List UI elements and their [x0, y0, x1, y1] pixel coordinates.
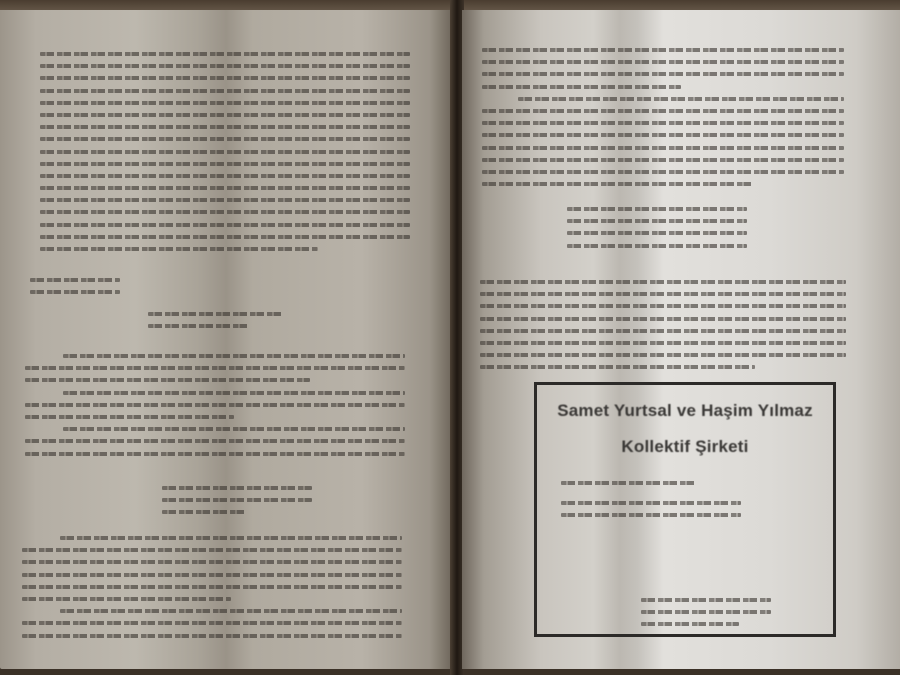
company-title-line-2: Kollektif Şirketi: [537, 437, 833, 457]
right-paragraph-1: [482, 48, 844, 194]
photo-background: Samet Yurtsal ve Haşim Yılmaz Kollektif …: [0, 0, 900, 675]
left-signature-block: [30, 278, 120, 302]
left-page: [0, 10, 452, 669]
left-centered-heading-1: [148, 312, 283, 336]
company-title-line-1: Samet Yurtsal ve Haşim Yılmaz: [537, 401, 833, 421]
left-centered-heading-2: [162, 486, 312, 523]
right-paragraph-2: [480, 280, 846, 378]
right-address-block: [567, 207, 747, 256]
company-body-text: [561, 481, 741, 526]
left-paragraph-1: [40, 52, 410, 259]
left-paragraph-2: [25, 354, 405, 464]
company-advertisement-box: Samet Yurtsal ve Haşim Yılmaz Kollektif …: [534, 382, 836, 637]
company-address-text: [641, 598, 771, 635]
left-paragraph-3: [22, 536, 402, 646]
